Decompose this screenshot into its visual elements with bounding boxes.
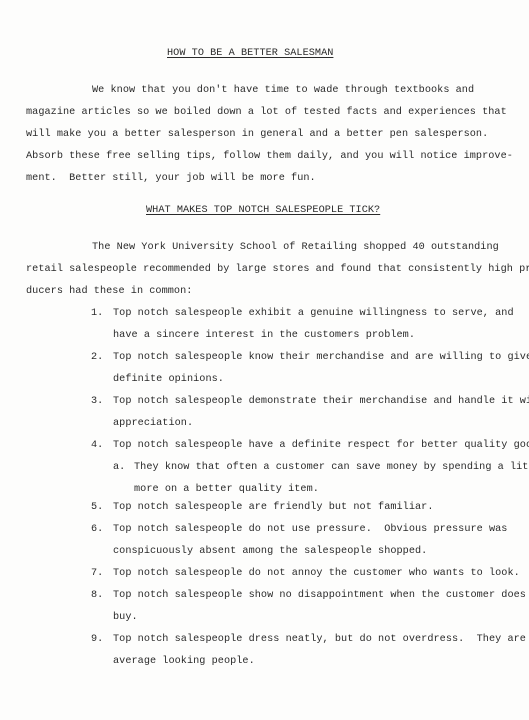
study-line: The New York University School of Retail… [92, 242, 499, 254]
list-item: Top notch salespeople know their merchan… [113, 352, 529, 364]
list-number: 4. [91, 440, 103, 452]
list-number: 5. [91, 502, 103, 514]
list-item: Top notch salespeople are friendly but n… [113, 502, 434, 514]
list-item: Top notch salespeople exhibit a genuine … [113, 308, 514, 320]
document-page: HOW TO BE A BETTER SALESMAN We know that… [0, 0, 529, 720]
list-number: 3. [91, 396, 103, 408]
intro-line: magazine articles so we boiled down a lo… [26, 107, 507, 119]
list-number: 9. [91, 634, 103, 646]
study-line: ducers had these in common: [26, 286, 192, 298]
sublist-item: They know that often a customer can save… [134, 462, 529, 474]
list-number: 1. [91, 308, 103, 320]
sublist-letter: a. [113, 462, 125, 474]
list-item: Top notch salespeople have a definite re… [113, 440, 529, 452]
list-item: conspicuously absent among the salespeop… [113, 546, 427, 558]
list-item: have a sincere interest in the customers… [113, 330, 415, 342]
document-title: HOW TO BE A BETTER SALESMAN [167, 48, 333, 60]
intro-line: ment. Better still, your job will be mor… [26, 173, 316, 185]
list-item: Top notch salespeople do not use pressur… [113, 524, 507, 536]
list-item: Top notch salespeople show no disappoint… [113, 590, 529, 602]
list-item: appreciation. [113, 418, 193, 430]
list-item: buy. [113, 612, 138, 624]
list-item: definite opinions. [113, 374, 224, 386]
list-number: 2. [91, 352, 103, 364]
list-item: average looking people. [113, 656, 255, 668]
list-item: Top notch salespeople dress neatly, but … [113, 634, 526, 646]
list-number: 7. [91, 568, 103, 580]
list-number: 6. [91, 524, 103, 536]
list-number: 8. [91, 590, 103, 602]
study-line: retail salespeople recommended by large … [26, 264, 529, 276]
list-item: Top notch salespeople do not annoy the c… [113, 568, 520, 580]
sublist-item: more on a better quality item. [134, 484, 319, 496]
section-subtitle: WHAT MAKES TOP NOTCH SALESPEOPLE TICK? [146, 205, 380, 217]
intro-line: will make you a better salesperson in ge… [26, 129, 488, 141]
intro-line: Absorb these free selling tips, follow t… [26, 151, 513, 163]
intro-line: We know that you don't have time to wade… [92, 85, 474, 97]
list-item: Top notch salespeople demonstrate their … [113, 396, 529, 408]
